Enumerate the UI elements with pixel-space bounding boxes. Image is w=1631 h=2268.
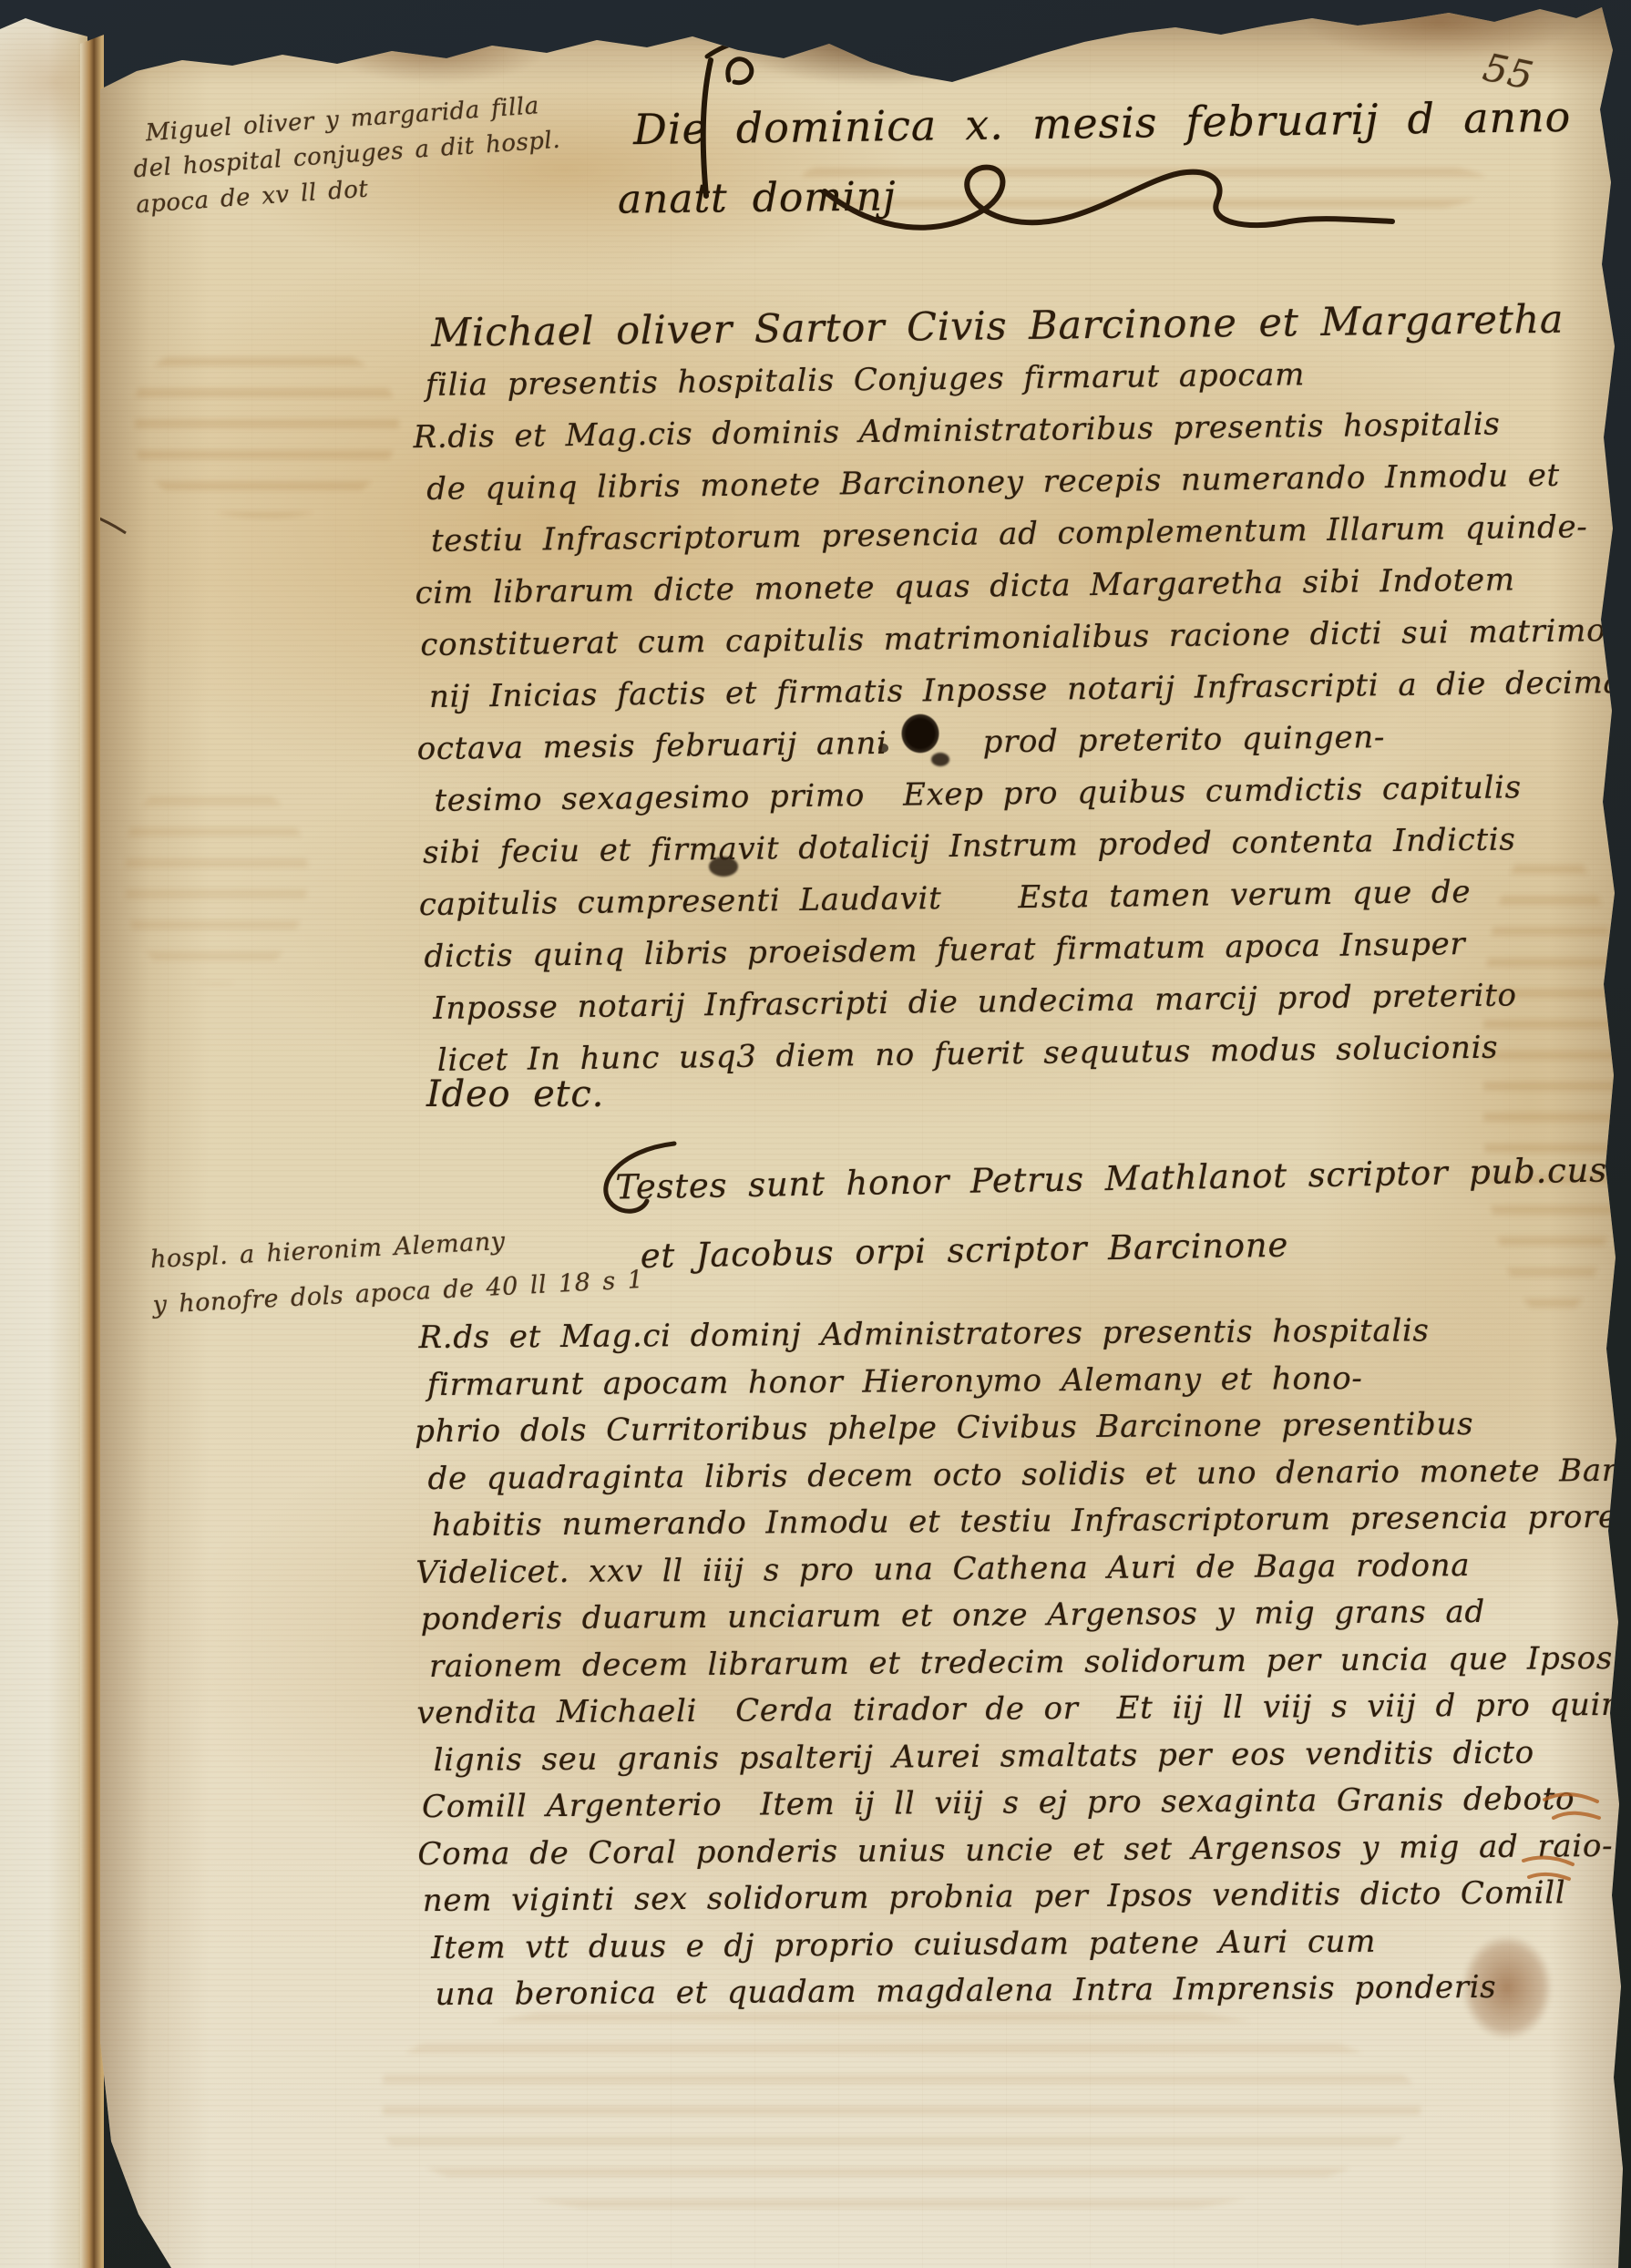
manuscript-text-line: Comill Argenterio Item ij ll viij s ej p… bbox=[422, 1775, 1631, 1832]
manuscript-text-line: lignis seu granis psalterij Aurei smalta… bbox=[434, 1728, 1631, 1784]
margin-note-second-entry: hospl. a hieronim Alemanyy honofre dols … bbox=[149, 1212, 645, 1329]
manuscript-text-line: habitis numerando Inmodu et testiu Infra… bbox=[432, 1493, 1631, 1550]
showthrough-text-ghost bbox=[126, 775, 308, 984]
manuscript-text-line: Item vtt duus e dj proprio cuiusdam pate… bbox=[431, 1915, 1631, 1972]
manuscript-text-line: nem viginti sex solidorum probnia per Ip… bbox=[423, 1869, 1631, 1925]
showthrough-text-ghost bbox=[383, 1991, 1421, 2228]
manuscript-text-line: ponderis duarum unciarum et onze Argenso… bbox=[420, 1587, 1631, 1644]
heading-line-2: anatt dominj bbox=[618, 173, 897, 222]
showthrough-text-ghost bbox=[802, 146, 1494, 228]
manuscript-text-line: de quadraginta libris decem octo solidis… bbox=[427, 1446, 1631, 1503]
manuscript-scan: 55 Miguel oliver y margarida filladel ho… bbox=[0, 0, 1631, 2268]
manuscript-page: 55 Miguel oliver y margarida filladel ho… bbox=[0, 0, 1631, 2268]
manuscript-text-line: raionem decem librarum et tredecim solid… bbox=[429, 1634, 1631, 1690]
facing-page-edge bbox=[0, 0, 87, 2268]
manuscript-text-line: una beronica et quadam magdalena Intra I… bbox=[435, 1963, 1631, 2019]
manuscript-text-line: phrio dols Curritoribus phelpe Civibus B… bbox=[415, 1400, 1631, 1456]
entry-2-body-text: R.ds et Mag.ci dominj Administratores pr… bbox=[418, 1306, 1631, 2019]
manuscript-text-line: vendita Michaeli Cerda tirador de or Et … bbox=[416, 1681, 1631, 1738]
gutter-shadow bbox=[100, 0, 210, 2268]
manuscript-text-line: Videlicet. xxv ll iiij s pro una Cathena… bbox=[415, 1540, 1631, 1596]
manuscript-text-line: firmarunt apocam honor Hieronymo Alemany… bbox=[427, 1352, 1631, 1409]
heading-line-1: Die dominica x. mesis februarij d anno bbox=[633, 92, 1572, 154]
entry-1-body-text: Michael oliver Sartor Civis Barcinone et… bbox=[416, 293, 1627, 1087]
entry-1-closing: Ideo etc. bbox=[426, 1073, 604, 1115]
showthrough-text-ghost bbox=[135, 335, 399, 518]
scorched-top-edge bbox=[91, 0, 1631, 100]
witness-clause: Testes sunt honor Petrus Mathlanot scrip… bbox=[615, 1136, 1609, 1292]
manuscript-text-line: Coma de Coral ponderis unius uncie et se… bbox=[417, 1822, 1631, 1878]
manuscript-text-line: R.ds et Mag.ci dominj Administratores pr… bbox=[418, 1306, 1631, 1362]
